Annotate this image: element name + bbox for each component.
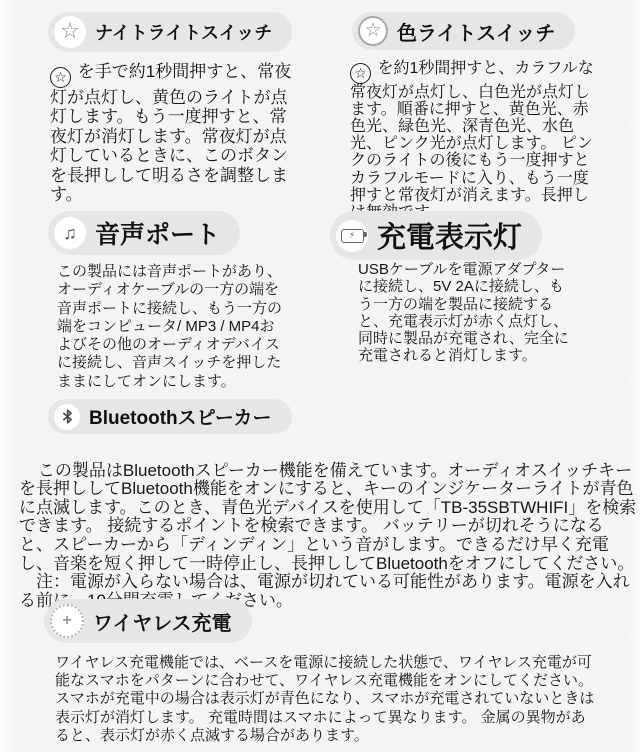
audio-port-description: この製品には音声ポートがあり、オーディオケーブルの一方の端を音声ポートに接続し、…: [57, 263, 287, 391]
star-button-icon: ☆: [50, 67, 71, 88]
page-background: ☆ ナイトライトスイッチ ☆ 色ライトスイッチ ☆ を手で約1秒間押すと、常夜灯…: [0, 0, 640, 752]
star-button-icon: ☆: [350, 63, 371, 84]
night-light-switch-text: を手で約1秒間押すと、常夜灯が点灯し、黄色のライトが点灯します。もう一度押すと、…: [50, 62, 291, 204]
wireless-charging-description: ワイヤレス充電機能では、ベースを電源に接続した状態で、ワイヤレス充電が可能なスマ…: [55, 654, 600, 745]
battery-body: ⚡: [341, 229, 364, 243]
audio-port-text: この製品には音声ポートがあり、オーディオケーブルの一方の端を音声ポートに接続し、…: [57, 263, 282, 390]
section-title-audio-port: 音声ポート: [95, 215, 220, 251]
charge-indicator-description: USBケーブルを電源アダプターに接続し、5V 2Aに接続し、もう一方の端を製品に…: [358, 261, 576, 365]
section-title-charge-indicator: 充電表示灯: [377, 215, 522, 256]
section-header-wireless-charging: + ワイヤレス充電: [44, 599, 252, 643]
product-manual-page: { "page": { "background": "#f4f4f4", "pi…: [0, 0, 640, 752]
section-header-night-light-switch: ☆ ナイトライトスイッチ: [48, 12, 292, 52]
section-header-color-light-switch: ☆ 色ライトスイッチ: [352, 12, 575, 50]
section-header-charge-indicator: ⚡ 充電表示灯: [330, 211, 542, 260]
section-title-wireless-charging: ワイヤレス充電: [93, 607, 232, 636]
bluetooth-icon: [54, 404, 80, 430]
color-light-switch-description: ☆ を約1秒間押すと、カラフルな常夜灯が点灯し、白色光が点灯します。順番に押すと…: [350, 60, 602, 221]
section-title-night-light-switch: ナイトライトスイッチ: [95, 19, 272, 45]
charge-indicator-text: USBケーブルを電源アダプターに接続し、5V 2Aに接続し、もう一方の端を製品に…: [358, 261, 569, 364]
wireless-charging-text: ワイヤレス充電機能では、ベースを電源に接続した状態で、ワイヤレス充電が可能なスマ…: [55, 654, 594, 744]
night-light-switch-description: ☆ を手で約1秒間押すと、常夜灯が点灯し、黄色のライトが点灯します。もう一度押す…: [50, 62, 296, 205]
battery-charging-icon: ⚡: [336, 220, 368, 252]
bluetooth-speaker-text: この製品はBluetoothスピーカー機能を備えています。オーディオスイッチキー…: [19, 461, 636, 610]
bluetooth-glyph: [60, 409, 75, 424]
color-light-switch-text: を約1秒間押すと、カラフルな常夜灯が点灯し、白色光が点灯します。順番に押すと、黄…: [350, 60, 594, 221]
section-title-bluetooth-speaker: Bluetoothスピーカー: [89, 403, 272, 430]
wireless-pad-icon: +: [50, 604, 84, 638]
music-notes-icon: ♫: [54, 217, 86, 249]
section-header-audio-port: ♫ 音声ポート: [48, 211, 240, 255]
section-title-color-light-switch: 色ライトスイッチ: [397, 17, 555, 46]
star-ring-icon: ☆: [358, 16, 388, 46]
section-header-bluetooth-speaker: Bluetoothスピーカー: [48, 399, 292, 434]
star-circle-icon: ☆: [54, 16, 86, 48]
